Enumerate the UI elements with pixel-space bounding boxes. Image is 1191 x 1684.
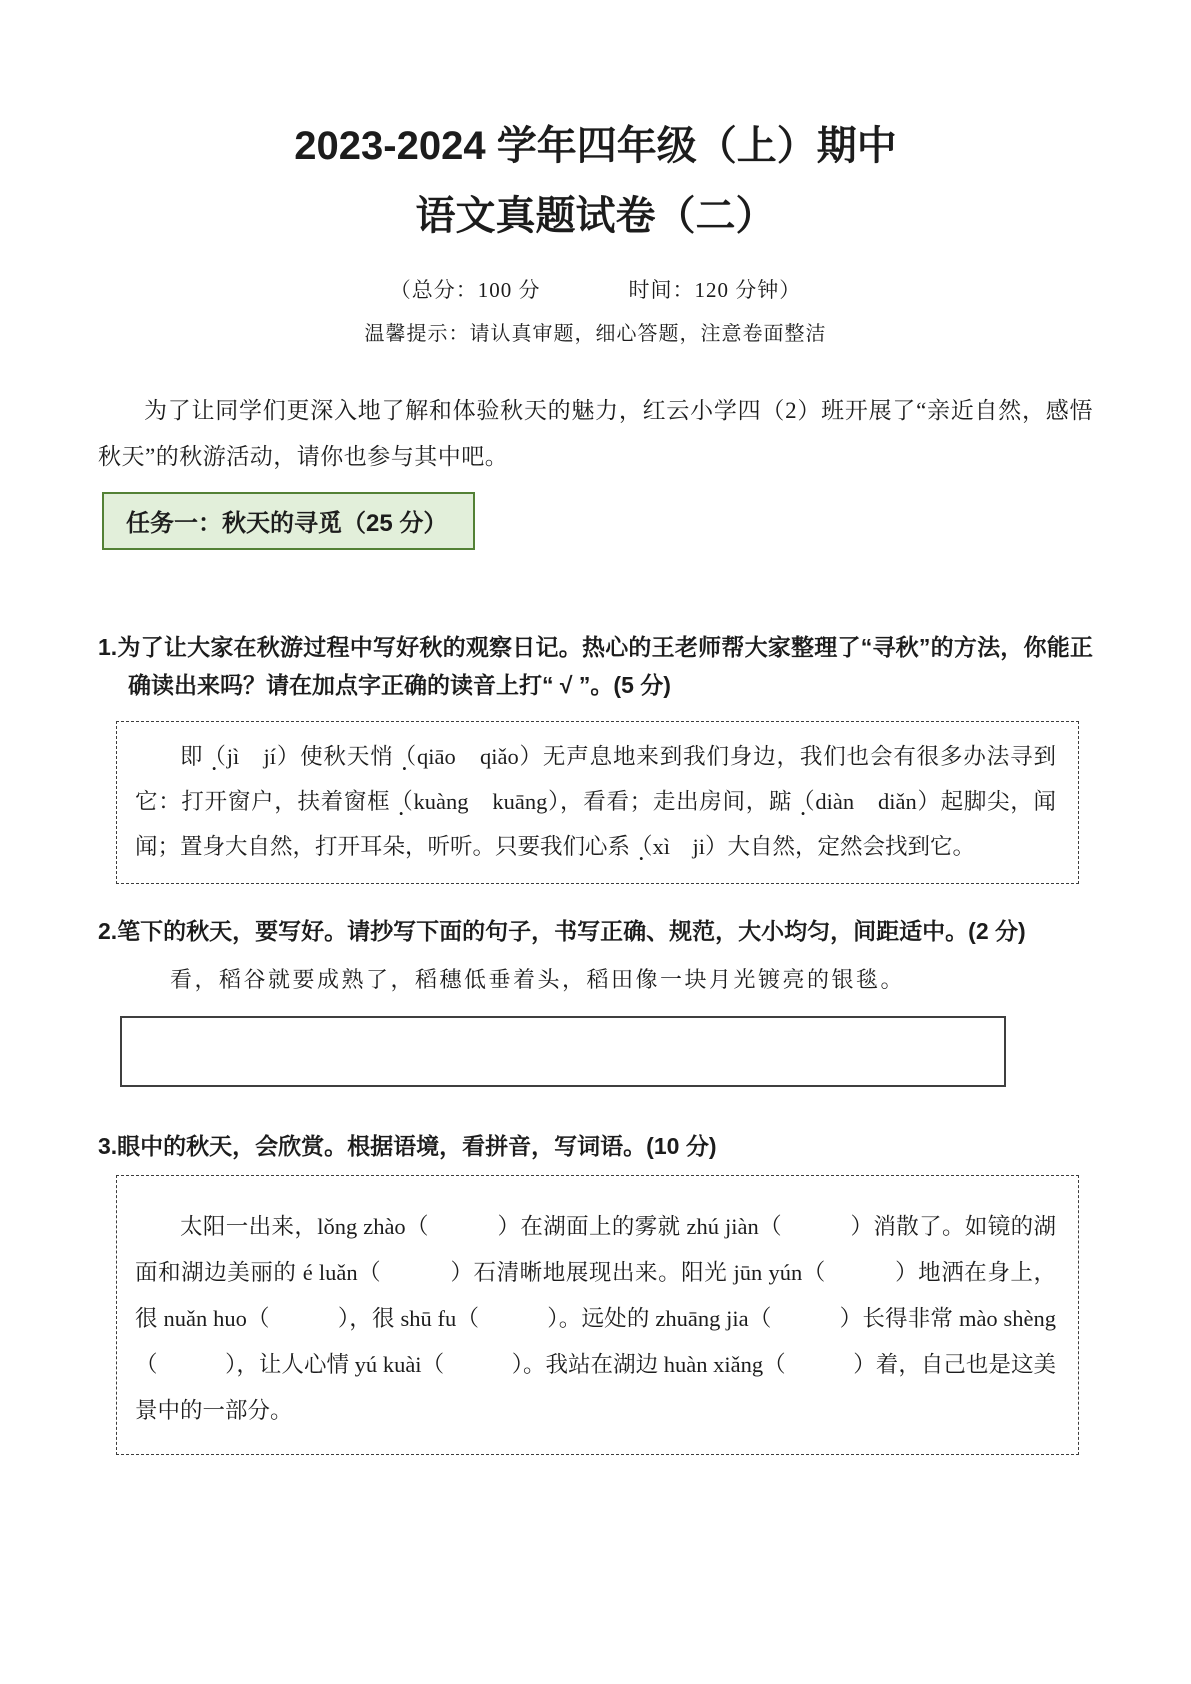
task1-header-banner: 任务一：秋天的寻觅（25 分） [102, 492, 475, 550]
question-3-stem: 3.眼中的秋天，会欣赏。根据语境，看拼音，写词语。(10 分) [98, 1127, 1093, 1165]
question-1-passage-box: 即（jì jí）使秋天悄（qiāo qiǎo）无声息地来到我们身边，我们也会有很… [116, 721, 1079, 884]
exam-title-line1: 2023-2024 学年四年级（上）期中 [98, 122, 1093, 170]
question-1-stem: 1.为了让大家在秋游过程中写好秋的观察日记。热心的王老师帮大家整理了“寻秋”的方… [98, 628, 1093, 704]
intro-paragraph: 为了让同学们更深入地了解和体验秋天的魅力，红云小学四（2）班开展了“亲近自然，感… [98, 388, 1093, 480]
exam-score-time-meta: （总分：100 分 时间：120 分钟） [98, 274, 1093, 304]
exam-title-line2: 语文真题试卷（二） [98, 192, 1093, 240]
question-2-answer-box [120, 1016, 1006, 1087]
question-2-stem: 2.笔下的秋天，要写好。请抄写下面的句子，书写正确、规范，大小均匀，间距适中。(… [98, 912, 1093, 950]
question-3-passage: 太阳一出来，lǒng zhào（ ）在湖面上的雾就 zhú jiàn（ ）消散了… [135, 1204, 1056, 1434]
exam-warm-tip: 温馨提示：请认真审题，细心答题，注意卷面整洁 [98, 317, 1093, 346]
question-1-passage: 即（jì jí）使秋天悄（qiāo qiǎo）无声息地来到我们身边，我们也会有很… [135, 734, 1056, 869]
exam-page: { "header": { "title_line1": "2023-2024 … [0, 0, 1191, 1684]
question-2-copy-sentence: 看，稻谷就要成熟了，稻穗低垂着头，稻田像一块月光镀亮的银毯。 [170, 960, 1093, 1000]
question-3-passage-box: 太阳一出来，lǒng zhào（ ）在湖面上的雾就 zhú jiàn（ ）消散了… [116, 1175, 1079, 1455]
